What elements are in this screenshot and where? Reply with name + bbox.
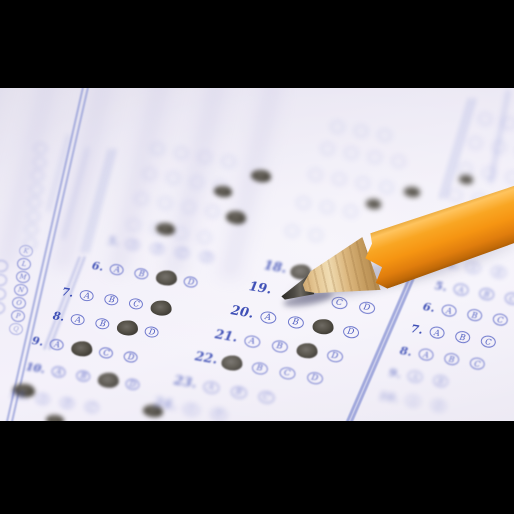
answer-bubble-C: C xyxy=(120,321,136,334)
ghost-bubble xyxy=(343,204,359,218)
answer-bubble-C: C xyxy=(278,365,296,380)
filled-answer-mark xyxy=(72,341,93,357)
ghost-bubble xyxy=(501,116,514,130)
answer-bubble-C: C xyxy=(257,389,275,404)
answer-bubble-C: C xyxy=(298,343,316,358)
answer-bubble-B: B xyxy=(432,374,449,388)
ghost-bubble xyxy=(343,146,359,160)
answer-bubble-B: B xyxy=(430,398,447,412)
ghost-bubble xyxy=(331,172,347,186)
answer-row-middle-24: 24.AB xyxy=(153,395,240,421)
question-number: 19. xyxy=(248,279,273,298)
ghost-bubble xyxy=(377,128,393,142)
ghost-bubble xyxy=(308,228,324,242)
filled-answer-mark xyxy=(296,342,318,358)
question-number: 10. xyxy=(378,388,400,405)
ghost-bubble xyxy=(284,224,300,238)
ghost-bubble-row xyxy=(330,120,403,144)
name-letter-bubble: P xyxy=(10,309,26,323)
edge-partial-bubble xyxy=(0,260,8,272)
answer-bubble-C: C xyxy=(492,312,509,326)
answer-bubble-A: A xyxy=(243,334,261,349)
answer-row-left-9: 9.ABCD xyxy=(31,334,150,366)
answer-bubble-C: C xyxy=(314,319,332,334)
answer-bubble-B: B xyxy=(134,267,150,280)
ghost-bubble xyxy=(379,180,395,194)
answer-bubble-A: A xyxy=(109,263,125,276)
answer-bubble-A: A xyxy=(202,380,220,395)
answer-bubble-A: A xyxy=(125,238,141,251)
ghost-bubble xyxy=(448,188,464,202)
answer-bubble-B: B xyxy=(150,242,166,255)
question-number: 5. xyxy=(434,278,448,294)
answer-bubble-B: B xyxy=(95,317,111,330)
ghost-bubble xyxy=(353,124,369,138)
answer-bubble-C: C xyxy=(480,334,497,348)
answer-bubble-C: C xyxy=(100,374,116,387)
edge-partial-bubble xyxy=(0,302,5,314)
answer-bubble-B: B xyxy=(443,352,460,366)
name-letter-bubble: Q xyxy=(8,322,24,336)
answer-bubble-C: C xyxy=(504,291,514,305)
answer-bubble-A: A xyxy=(182,402,200,417)
question-number: 9. xyxy=(31,334,44,349)
answer-sheet-photo: KLMNOPQ 5.ABCD6.ABCD7.ABCD8.ABCD9.ABCD10… xyxy=(0,88,514,421)
filled-answer-mark xyxy=(156,270,177,286)
answer-bubble-D: D xyxy=(326,348,344,363)
answer-bubble-C: C xyxy=(159,271,175,284)
answer-bubble-B: B xyxy=(490,265,507,279)
answer-bubble-B: B xyxy=(466,308,483,322)
answer-bubble-B: B xyxy=(251,361,269,376)
question-number: 23. xyxy=(173,373,198,392)
answer-bubble-A: A xyxy=(51,365,67,378)
ghost-bubble xyxy=(367,150,383,164)
ghost-bubble-row xyxy=(284,224,333,244)
filled-answer-mark xyxy=(312,318,334,334)
question-number: 8. xyxy=(399,343,413,359)
ghost-bubble-row xyxy=(308,168,405,196)
answer-row-left-11: 11.ABC xyxy=(9,387,111,417)
answer-bubble-A: A xyxy=(453,282,470,296)
answer-bubble-D: D xyxy=(153,302,169,315)
stray-graphite-smudge xyxy=(404,186,421,198)
ghost-bubble xyxy=(320,142,336,156)
answer-bubble-D: D xyxy=(199,251,215,264)
answer-bubble-B: B xyxy=(230,385,248,400)
answer-bubble-B: B xyxy=(104,293,120,306)
edge-partial-bubble xyxy=(0,274,7,286)
answer-bubble-A: A xyxy=(441,303,458,317)
ghost-bubble-row xyxy=(468,136,514,160)
answer-bubble-A: A xyxy=(407,369,424,383)
ghost-bubble xyxy=(491,140,507,154)
question-number: 8. xyxy=(52,309,65,324)
filled-answer-mark xyxy=(117,320,138,336)
ghost-bubble xyxy=(477,112,493,126)
answer-bubble-B: B xyxy=(271,339,289,354)
answer-bubble-A: A xyxy=(35,392,51,405)
answer-bubble-A: A xyxy=(418,347,435,361)
answer-bubble-A: A xyxy=(259,310,277,325)
letterbox-top xyxy=(0,0,514,88)
ghost-bubble xyxy=(296,196,312,210)
name-letter-bubble: M xyxy=(15,270,31,284)
answer-bubble-C: C xyxy=(469,356,486,370)
filled-answer-mark xyxy=(98,373,119,389)
answer-bubble-C: C xyxy=(129,297,145,310)
ghost-bubble xyxy=(391,154,407,168)
question-number: 6. xyxy=(422,299,436,315)
filled-answer-mark xyxy=(151,300,172,316)
question-number: 20. xyxy=(230,303,255,322)
answer-row-left-8: 8.ABCD xyxy=(52,309,171,341)
name-letter-bubble: N xyxy=(13,283,29,297)
ghost-bubble xyxy=(319,200,335,214)
answer-bubble-B: B xyxy=(74,342,90,355)
ghost-bubble-row xyxy=(320,142,417,170)
stray-graphite-smudge xyxy=(459,174,474,184)
answer-bubble-D: D xyxy=(358,300,376,315)
answer-row-left-10: 10.ABCD xyxy=(25,360,152,394)
answer-bubble-B: B xyxy=(60,397,76,410)
answer-bubble-B: B xyxy=(454,330,471,344)
ghost-bubble xyxy=(505,170,514,184)
ghost-bubble xyxy=(308,168,324,182)
edge-partial-bubble xyxy=(0,288,6,300)
ghost-bubble xyxy=(355,176,371,190)
question-number: 22. xyxy=(194,349,219,368)
question-number: 9. xyxy=(388,365,402,381)
answer-bubble-B: B xyxy=(478,287,495,301)
question-number: 7. xyxy=(410,321,424,337)
answer-bubble-C: C xyxy=(175,246,191,259)
question-number: 21. xyxy=(214,327,239,346)
stray-graphite-smudge xyxy=(45,414,64,421)
ghost-bubble xyxy=(468,136,484,150)
answer-bubble-B: B xyxy=(76,370,92,383)
answer-row-right-9: 9.AB xyxy=(388,365,460,391)
answer-bubble-A: A xyxy=(70,313,86,326)
ghost-bubble xyxy=(330,120,346,134)
answer-bubble-D: D xyxy=(306,370,324,385)
question-number: 7. xyxy=(61,285,74,300)
letterbox-bottom xyxy=(0,421,514,514)
answer-bubble-B: B xyxy=(210,407,228,421)
answer-bubble-A: A xyxy=(223,356,241,371)
answer-bubble-D: D xyxy=(123,351,139,364)
answer-row-right-10: 10.AB xyxy=(378,388,458,416)
photo-frame: KLMNOPQ 5.ABCD6.ABCD7.ABCD8.ABCD9.ABCD10… xyxy=(0,0,514,514)
answer-bubble-A: A xyxy=(79,289,95,302)
ghost-bubble xyxy=(481,166,497,180)
answer-bubble-D: D xyxy=(125,378,141,391)
name-letter-bubble: O xyxy=(11,296,27,310)
question-number: 5. xyxy=(107,234,120,249)
answer-bubble-C: C xyxy=(84,401,100,414)
answer-bubble-C: C xyxy=(99,346,115,359)
answer-bubble-A: A xyxy=(405,394,422,408)
ghost-bubble-row xyxy=(477,112,514,132)
answer-bubble-A: A xyxy=(429,325,446,339)
answer-bubble-A: A xyxy=(49,338,65,351)
question-number: 6. xyxy=(91,259,104,274)
answer-bubble-D: D xyxy=(183,276,199,289)
question-number: 10. xyxy=(25,360,46,376)
answer-bubble-D: D xyxy=(144,326,160,339)
answer-bubble-D: D xyxy=(342,324,360,339)
ghost-bubble-row xyxy=(296,196,369,220)
filled-answer-mark xyxy=(221,355,243,371)
